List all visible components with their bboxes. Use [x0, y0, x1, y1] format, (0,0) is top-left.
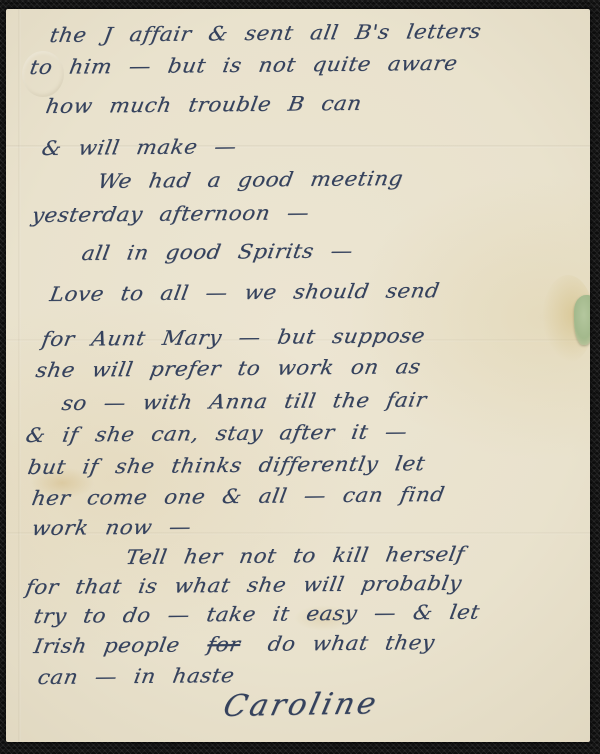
yellow-stain: [542, 275, 590, 363]
letter-line: We had a good meeting: [96, 165, 405, 194]
letter-line: to him — but is not quite aware: [28, 50, 460, 80]
letter-line: she will prefer to work on as: [34, 353, 423, 383]
green-stain: [574, 295, 590, 345]
strike-line-before: Irish people: [32, 633, 182, 658]
fold-crease: [18, 9, 21, 742]
letter-line: Tell her not to kill herself: [124, 541, 467, 570]
letter-line: Love to all — we should send: [48, 277, 442, 307]
letter-line: all in good Spirits —: [80, 237, 355, 266]
scan-background: the J affair & sent all B's letters to h…: [0, 0, 600, 754]
letter-line: & if she can, stay after it —: [24, 418, 409, 448]
letter-line: but if she thinks differently let: [26, 450, 427, 480]
letter-line: her come one & all — can find: [30, 481, 447, 511]
strike-line-after: do what they: [266, 630, 437, 656]
letter-line: for Aunt Mary — but suppose: [40, 322, 427, 352]
letter-closing-line: can — in haste: [36, 662, 237, 690]
letter-line: yesterday afternoon —: [30, 199, 312, 228]
strikethrough-word: for: [206, 632, 243, 656]
letter-line: so — with Anna till the fair: [60, 386, 429, 416]
letter-line: the J affair & sent all B's letters: [48, 18, 484, 48]
letter-line: try to do — take it easy — & let: [32, 599, 482, 629]
letter-page: the J affair & sent all B's letters to h…: [6, 9, 590, 742]
letter-line: for that is what she will probably: [24, 570, 464, 600]
letter-line: & will make —: [40, 133, 239, 161]
letter-line: work now —: [30, 513, 194, 541]
letter-line-with-strikethrough: Irish people for do what they: [32, 629, 437, 659]
signature: Caroline: [220, 686, 382, 724]
letter-line: how much trouble B can: [44, 90, 364, 119]
